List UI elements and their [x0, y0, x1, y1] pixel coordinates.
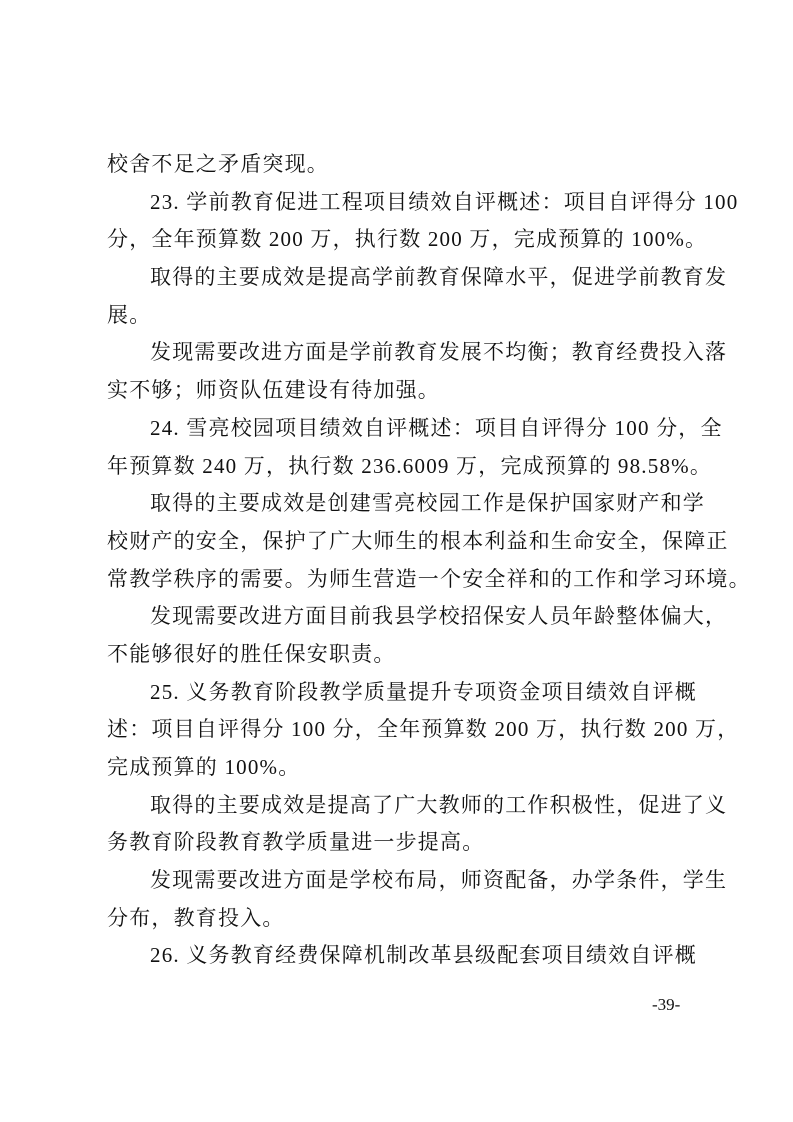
page-number: -39- [652, 993, 680, 1017]
text-line: 24. 雪亮校园项目绩效自评概述：项目自评得分 100 分，全 [107, 410, 690, 448]
document-body: 校舍不足之矛盾突现。 23. 学前教育促进工程项目绩效自评概述：项目自评得分 1… [107, 146, 690, 975]
text-line: 校舍不足之矛盾突现。 [107, 146, 690, 184]
text-line: 26. 义务教育经费保障机制改革县级配套项目绩效自评概 [107, 937, 690, 975]
text-line: 实不够；师资队伍建设有待加强。 [107, 372, 690, 410]
text-line: 分布，教育投入。 [107, 900, 690, 938]
text-line: 取得的主要成效是创建雪亮校园工作是保护国家财产和学 [107, 485, 690, 523]
text-line: 发现需要改进方面是学校布局，师资配备，办学条件，学生 [107, 862, 690, 900]
text-line: 完成预算的 100%。 [107, 749, 690, 787]
text-line: 发现需要改进方面目前我县学校招保安人员年龄整体偏大， [107, 598, 690, 636]
text-line: 23. 学前教育促进工程项目绩效自评概述：项目自评得分 100 [107, 184, 690, 222]
text-line: 校财产的安全，保护了广大师生的根本利益和生命安全，保障正 [107, 523, 690, 561]
text-line: 年预算数 240 万，执行数 236.6009 万，完成预算的 98.58%。 [107, 448, 690, 486]
text-line: 常教学秩序的需要。为师生营造一个安全祥和的工作和学习环境。 [107, 561, 690, 599]
text-line: 述：项目自评得分 100 分，全年预算数 200 万，执行数 200 万， [107, 711, 690, 749]
text-line: 分，全年预算数 200 万，执行数 200 万，完成预算的 100%。 [107, 221, 690, 259]
text-line: 取得的主要成效是提高了广大教师的工作积极性，促进了义 [107, 787, 690, 825]
text-line: 不能够很好的胜任保安职责。 [107, 636, 690, 674]
document-page: 校舍不足之矛盾突现。 23. 学前教育促进工程项目绩效自评概述：项目自评得分 1… [0, 0, 793, 1122]
text-line: 25. 义务教育阶段教学质量提升专项资金项目绩效自评概 [107, 674, 690, 712]
text-line: 取得的主要成效是提高学前教育保障水平，促进学前教育发 [107, 259, 690, 297]
text-line: 发现需要改进方面是学前教育发展不均衡；教育经费投入落 [107, 334, 690, 372]
text-line: 展。 [107, 297, 690, 335]
text-line: 务教育阶段教育教学质量进一步提高。 [107, 824, 690, 862]
